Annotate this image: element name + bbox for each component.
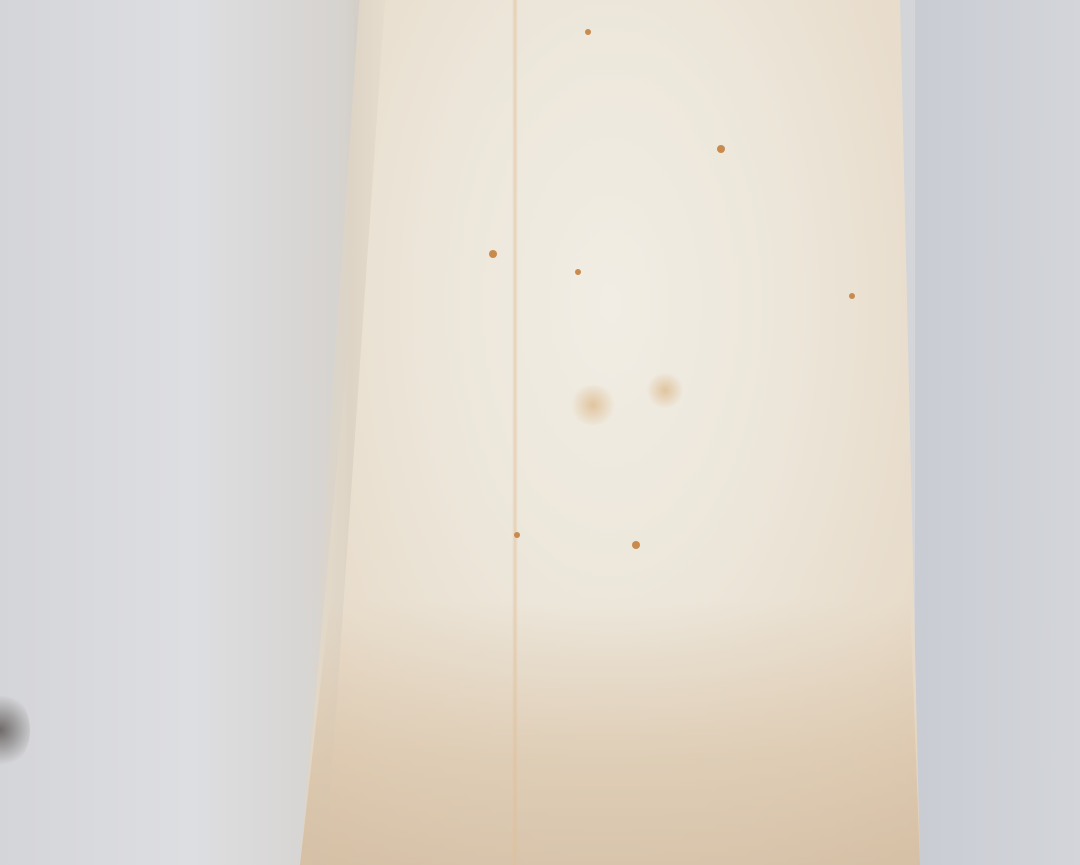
- foxing-spot: [489, 250, 497, 258]
- book-photo: [0, 0, 1080, 865]
- foxing-spot: [849, 293, 855, 299]
- background-surface: [915, 0, 1080, 865]
- stain: [645, 373, 685, 408]
- foxing-spot: [632, 541, 640, 549]
- foxing-spot: [514, 532, 520, 538]
- page-shadow: [300, 600, 920, 865]
- fold-crease: [512, 0, 518, 865]
- foxing-spot: [585, 29, 591, 35]
- stain: [568, 385, 618, 425]
- foxing-spot: [717, 145, 725, 153]
- foxing-spot: [575, 269, 581, 275]
